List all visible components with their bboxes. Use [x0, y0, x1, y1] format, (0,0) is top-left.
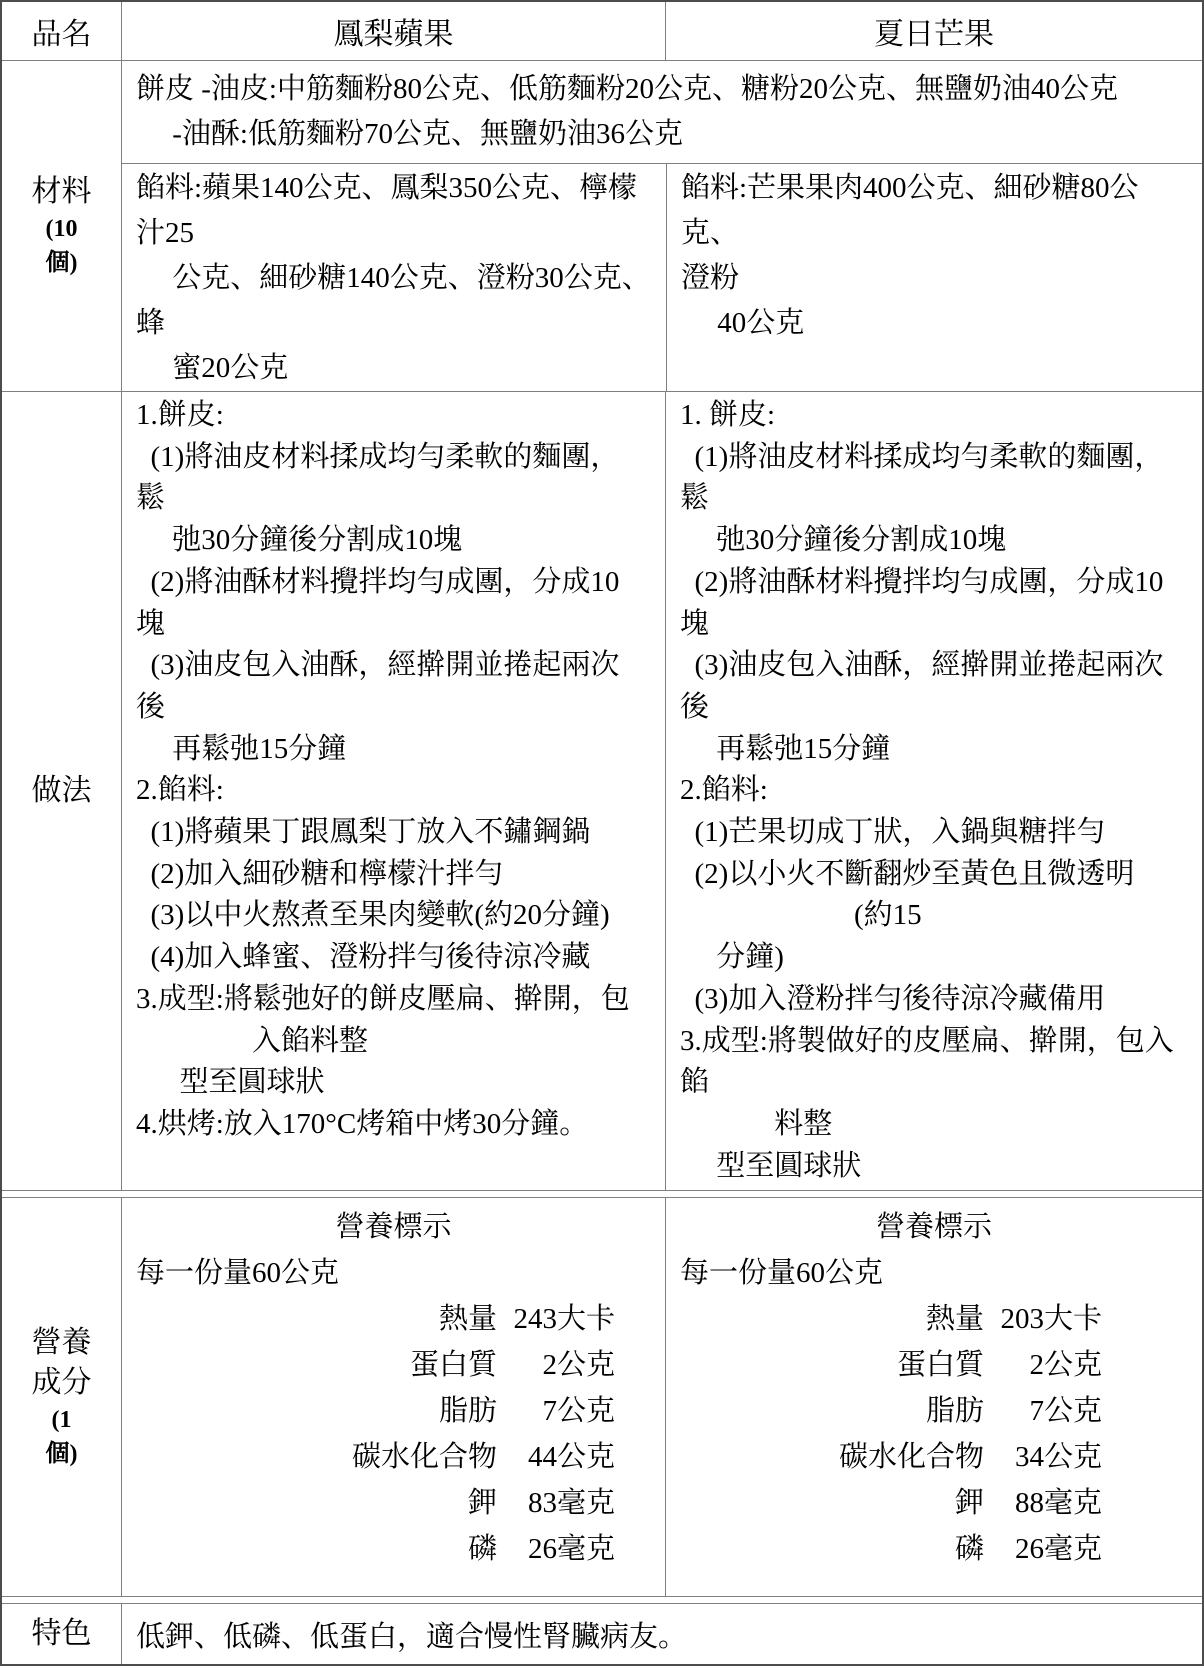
nutrient-name: 碳水化合物 — [352, 1434, 497, 1480]
text-line: 4.烘烤:放入170°C烤箱中烤30分鐘。 — [136, 1104, 659, 1146]
product-name-label: 品名 — [32, 9, 92, 53]
nutrient-name: 熱量 — [926, 1296, 984, 1342]
text-line: (1)芒果切成丁狀，入鍋與糖拌勻 — [680, 812, 1196, 854]
nutrition-row-calories: 熱量 243 大卡 — [122, 1296, 665, 1342]
pineapple-apple-title: 鳳梨蘋果 — [334, 9, 454, 53]
text-line: 蜜20公克 — [136, 346, 658, 391]
text-line: (4)加入蜂蜜、澄粉拌勻後待涼冷藏 — [136, 937, 659, 979]
text-line: 4.烘烤: 放入170°C烤箱中烤30分鐘。 — [680, 1187, 1196, 1190]
nutrient-name: 碳水化合物 — [839, 1434, 984, 1480]
nutrition-title: 營養標示 — [122, 1204, 665, 1250]
text-line: 公克、細砂糖140公克、澄粉30公克、 — [136, 256, 658, 301]
nutrient-name: 鉀 — [468, 1480, 497, 1526]
nutrient-name: 磷 — [955, 1526, 984, 1572]
pineapple-apple-header-cell: 鳳梨蘋果 — [121, 2, 665, 60]
materials-content: 餅皮 -油皮:中筋麵粉80公克、低筋麵粉20公克、糖粉20公克、無鹽奶油40公克… — [121, 61, 1202, 391]
text-line: 餡料:芒果果肉400公克、細砂糖80公克、 — [681, 166, 1194, 256]
nutrient-unit: 公克 — [557, 1434, 615, 1480]
text-line: 餅皮 -油皮:中筋麵粉80公克、低筋麵粉20公克、糖粉20公克、無鹽奶油40公克 — [136, 67, 1192, 112]
nutrition-count-open: (1 — [52, 1403, 72, 1437]
nutrition-row: 營養 成分 (1 個) 營養標示 每一份量60公克 熱量 243 大卡 蛋白質 … — [2, 1198, 1202, 1596]
nutrient-name: 鉀 — [955, 1480, 984, 1526]
nutrition-row-carbs: 碳水化合物 44 公克 — [122, 1434, 665, 1480]
text-line: 再鬆弛15分鐘 — [680, 729, 1196, 771]
summer-mango-header-cell: 夏日芒果 — [665, 2, 1202, 60]
method-row: 做法 1.餅皮: (1)將油皮材料揉成均勻柔軟的麵團，鬆 弛30分鐘後分割成10… — [2, 391, 1202, 1190]
text-line: 汁25 — [136, 211, 658, 256]
text-line: 1.餅皮: — [136, 395, 659, 437]
nutrient-unit: 公克 — [1044, 1388, 1102, 1434]
recipe-table: 品名 鳳梨蘋果 夏日芒果 材料 (10 個) 餅皮 -油皮:中筋麵粉80公克、低… — [0, 0, 1204, 1666]
nutrient-unit: 公克 — [1044, 1434, 1102, 1480]
nutrient-value: 26 — [511, 1526, 557, 1572]
features-row: 特色 低鉀、低磷、低蛋白，適合慢性腎臟病友。 — [2, 1604, 1202, 1664]
double-rule-divider — [2, 1596, 1202, 1604]
materials-label: 材料 — [32, 172, 92, 212]
text-line: (3)加入澄粉拌勻後待涼冷藏備用 — [680, 979, 1196, 1021]
nutrient-value: 88 — [998, 1480, 1044, 1526]
text-line: 2.餡料: — [136, 770, 659, 812]
nutrition-pineapple-apple-cell: 營養標示 每一份量60公克 熱量 243 大卡 蛋白質 2 公克 脂肪 7 公克… — [121, 1198, 665, 1596]
text-line: 塊 — [136, 604, 659, 646]
text-line: 2.餡料: — [680, 770, 1196, 812]
nutrition-row-protein: 蛋白質 2 公克 — [122, 1342, 665, 1388]
nutrient-unit: 公克 — [557, 1388, 615, 1434]
text-line: (2)加入細砂糖和檸檬汁拌勻 — [136, 854, 659, 896]
nutrient-value: 34 — [998, 1434, 1044, 1480]
nutrient-name: 脂肪 — [439, 1388, 497, 1434]
nutrient-unit: 大卡 — [1044, 1296, 1102, 1342]
text-line: -油酥:低筋麵粉70公克、無鹽奶油36公克 — [136, 112, 1192, 157]
materials-sub-row: 餡料:蘋果140公克、鳳梨350公克、檸檬汁25 公克、細砂糖140公克、澄粉3… — [122, 163, 1202, 391]
double-rule-divider — [2, 1190, 1202, 1198]
nutrition-row-phosphorus: 磷 26 毫克 — [122, 1526, 665, 1572]
nutrient-value: 83 — [511, 1480, 557, 1526]
text-line: 40公克 — [681, 301, 1194, 346]
features-label: 特色 — [32, 1614, 92, 1654]
text-line: (3)油皮包入油酥，經擀開並捲起兩次 — [680, 645, 1196, 687]
nutrient-value: 203 — [998, 1296, 1044, 1342]
nutrition-label-cell: 營養 成分 (1 個) — [2, 1198, 121, 1596]
nutrition-summer-mango-cell: 營養標示 每一份量60公克 熱量 203 大卡 蛋白質 2 公克 脂肪 7 公克… — [665, 1198, 1202, 1596]
text-line: 弛30分鐘後分割成10塊 — [136, 520, 659, 562]
nutrition-label-1: 營養 — [32, 1323, 92, 1363]
text-line: 弛30分鐘後分割成10塊 — [680, 520, 1196, 562]
text-line: 1. 餅皮: — [680, 395, 1196, 437]
text-line: 分鐘) — [680, 937, 1196, 979]
serving-size: 每一份量60公克 — [122, 1250, 665, 1296]
nutrient-value: 2 — [511, 1342, 557, 1388]
text-line: (3)以中火熬煮至果肉變軟(約20分鐘) — [136, 895, 659, 937]
nutrient-value: 26 — [998, 1526, 1044, 1572]
text-line: 餡料:蘋果140公克、鳳梨350公克、檸檬 — [136, 166, 658, 211]
text-line: (約15 — [680, 895, 1196, 937]
nutrition-title: 營養標示 — [666, 1204, 1202, 1250]
text-line: (2)以小火不斷翻炒至黃色且微透明 — [680, 854, 1196, 896]
nutrient-unit: 公克 — [557, 1342, 615, 1388]
nutrient-name: 脂肪 — [926, 1388, 984, 1434]
nutrient-unit: 毫克 — [1044, 1480, 1102, 1526]
nutrient-unit: 毫克 — [557, 1480, 615, 1526]
method-pineapple-apple-cell: 1.餅皮: (1)將油皮材料揉成均勻柔軟的麵團，鬆 弛30分鐘後分割成10塊 (… — [121, 392, 665, 1190]
nutrient-name: 磷 — [468, 1526, 497, 1572]
nutrition-count-close: 個) — [46, 1437, 78, 1471]
method-label: 做法 — [32, 771, 92, 811]
summer-mango-title: 夏日芒果 — [874, 9, 994, 53]
materials-summer-mango-cell: 餡料:芒果果肉400公克、細砂糖80公克、澄粉 40公克 — [666, 164, 1202, 391]
features-text: 低鉀、低磷、低蛋白，適合慢性腎臟病友。 — [136, 1614, 687, 1655]
nutrient-value: 44 — [511, 1434, 557, 1480]
text-line: (2)將油酥材料攪拌均勻成團，分成10 — [680, 562, 1196, 604]
text-line: (2)將油酥材料攪拌均勻成團，分成10 — [136, 562, 659, 604]
materials-label-cell: 材料 (10 個) — [2, 61, 121, 391]
method-label-cell: 做法 — [2, 392, 121, 1190]
nutrient-name: 蛋白質 — [410, 1342, 497, 1388]
nutrient-unit: 大卡 — [557, 1296, 615, 1342]
text-line: 塊 — [680, 604, 1196, 646]
materials-row: 材料 (10 個) 餅皮 -油皮:中筋麵粉80公克、低筋麵粉20公克、糖粉20公… — [2, 60, 1202, 391]
materials-count-close: 個) — [46, 246, 78, 280]
nutrient-name: 熱量 — [439, 1296, 497, 1342]
nutrient-value: 7 — [511, 1388, 557, 1434]
nutrient-unit: 毫克 — [557, 1526, 615, 1572]
method-summer-mango-cell: 1. 餅皮: (1)將油皮材料揉成均勻柔軟的麵團，鬆 弛30分鐘後分割成10塊 … — [665, 392, 1202, 1190]
text-line: 蜂 — [136, 301, 658, 346]
text-line: 3.成型:將製做好的皮壓扁、擀開，包入餡 — [680, 1021, 1196, 1104]
text-line: 再鬆弛15分鐘 — [136, 729, 659, 771]
serving-size: 每一份量60公克 — [666, 1250, 1202, 1296]
text-line: 3.成型:將鬆弛好的餅皮壓扁、擀開，包 — [136, 979, 659, 1021]
nutrition-row-potassium: 鉀 83 毫克 — [122, 1480, 665, 1526]
nutrition-row-calories: 熱量 203 大卡 — [666, 1296, 1202, 1342]
materials-count-open: (10 — [46, 212, 78, 246]
product-name-header-cell: 品名 — [2, 2, 121, 60]
text-line: 鬆 — [136, 478, 659, 520]
nutrition-row-potassium: 鉀 88 毫克 — [666, 1480, 1202, 1526]
text-line: (1)將油皮材料揉成均勻柔軟的麵團， — [680, 437, 1196, 479]
text-line: 入餡料整 — [136, 1021, 659, 1063]
nutrition-row-carbs: 碳水化合物 34 公克 — [666, 1434, 1202, 1480]
text-line: 型至圓球狀 — [136, 1062, 659, 1104]
nutrition-label-2: 成分 — [32, 1363, 92, 1403]
nutrition-row-fat: 脂肪 7 公克 — [122, 1388, 665, 1434]
header-row: 品名 鳳梨蘋果 夏日芒果 — [2, 2, 1202, 60]
nutrition-row-protein: 蛋白質 2 公克 — [666, 1342, 1202, 1388]
text-line: (3)油皮包入油酥，經擀開並捲起兩次 — [136, 645, 659, 687]
text-line: (1)將油皮材料揉成均勻柔軟的麵團， — [136, 437, 659, 479]
nutrient-unit: 毫克 — [1044, 1526, 1102, 1572]
nutrient-value: 243 — [511, 1296, 557, 1342]
nutrient-unit: 公克 — [1044, 1342, 1102, 1388]
text-line: 型至圓球狀 — [680, 1146, 1196, 1188]
features-label-cell: 特色 — [2, 1604, 121, 1664]
text-line: 澄粉 — [681, 256, 1194, 301]
text-line: 後 — [680, 687, 1196, 729]
nutrition-row-phosphorus: 磷 26 毫克 — [666, 1526, 1202, 1572]
text-line: (1)將蘋果丁跟鳳梨丁放入不鏽鋼鍋 — [136, 812, 659, 854]
text-line: 鬆 — [680, 478, 1196, 520]
text-line: 後 — [136, 687, 659, 729]
nutrient-name: 蛋白質 — [897, 1342, 984, 1388]
materials-shared-cell: 餅皮 -油皮:中筋麵粉80公克、低筋麵粉20公克、糖粉20公克、無鹽奶油40公克… — [122, 61, 1202, 163]
nutrient-value: 2 — [998, 1342, 1044, 1388]
features-content-cell: 低鉀、低磷、低蛋白，適合慢性腎臟病友。 — [121, 1604, 1202, 1664]
materials-pineapple-apple-cell: 餡料:蘋果140公克、鳳梨350公克、檸檬汁25 公克、細砂糖140公克、澄粉3… — [122, 164, 666, 391]
nutrient-value: 7 — [998, 1388, 1044, 1434]
text-line: 料整 — [680, 1104, 1196, 1146]
nutrition-row-fat: 脂肪 7 公克 — [666, 1388, 1202, 1434]
